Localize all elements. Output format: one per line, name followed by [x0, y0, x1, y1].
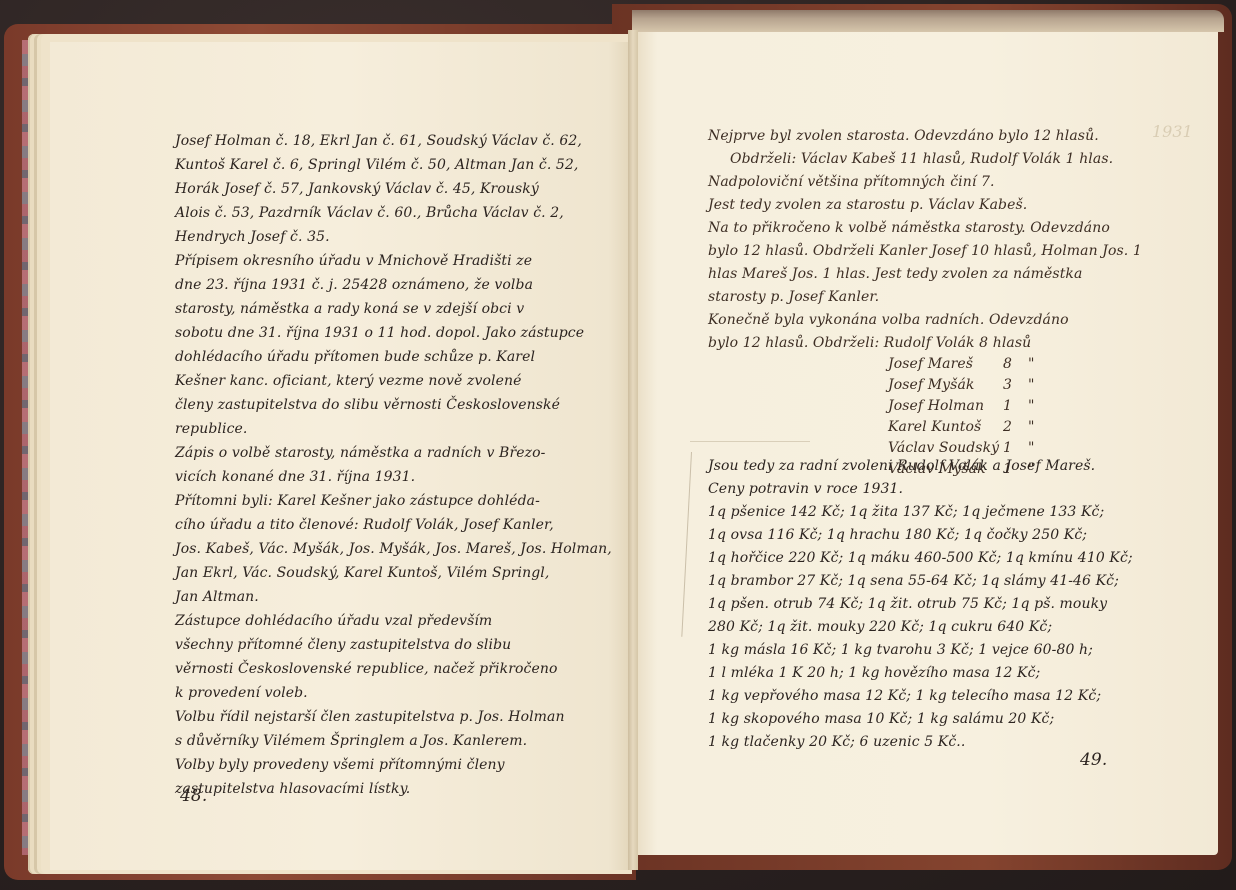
text-line: dohlédacího úřadu přítomen bude schůze p…: [175, 349, 535, 365]
text-line: Přípisem okresního úřadu v Mnichově Hrad…: [175, 253, 532, 269]
ditto-mark: ": [1028, 398, 1035, 414]
text-line: Nadpoloviční většina přítomných činí 7.: [708, 174, 995, 190]
text-line: sobotu dne 31. října 1931 o 11 hod. dopo…: [175, 325, 584, 341]
text-line: Jan Altman.: [175, 589, 259, 605]
text-line: Na to přikročeno k volbě náměstka staros…: [708, 220, 1110, 236]
text-line: cího úřadu a tito členové: Rudolf Volák,…: [175, 517, 554, 533]
text-line: Josef Holman č. 18, Ekrl Jan č. 61, Soud…: [175, 133, 582, 149]
text-line: Horák Josef č. 57, Jankovský Václav č. 4…: [175, 181, 539, 197]
text-line: Hendrych Josef č. 35.: [175, 229, 330, 245]
text-line: republice.: [175, 421, 247, 437]
text-line: dne 23. října 1931 č. j. 25428 oznámeno,…: [175, 277, 533, 293]
right-page-top-edge: [632, 10, 1224, 32]
text-line: Nejprve byl zvolen starosta. Odevzdáno b…: [708, 128, 1099, 144]
text-line: Volby byly provedeny všemi přítomnými čl…: [175, 757, 505, 773]
text-line: s důvěrníky Vilémem Špringlem a Jos. Kan…: [175, 733, 527, 749]
text-line: Zástupce dohlédacího úřadu vzal předevší…: [175, 613, 492, 629]
candidate-votes: 2: [1003, 419, 1012, 435]
candidate-votes: 1: [1003, 440, 1012, 456]
candidate-name: Josef Holman: [888, 398, 984, 414]
text-line: Obdrželi: Václav Kabeš 11 hlasů, Rudolf …: [730, 151, 1113, 167]
section-heading-food-prices: Ceny potravin v roce 1931.: [708, 481, 903, 497]
price-line: 1 l mléka 1 K 20 h; 1 kg hovězího masa 1…: [708, 665, 1040, 681]
candidate-votes: 3: [1003, 377, 1012, 393]
page-number-left: 48.: [180, 786, 207, 806]
text-line: vicích konané dne 31. října 1931.: [175, 469, 415, 485]
candidate-votes: 1: [1003, 398, 1012, 414]
text-line: hlas Mareš Jos. 1 hlas. Jest tedy zvolen…: [708, 266, 1082, 282]
page-number-right: 49.: [1080, 750, 1107, 770]
bleed-through-text: 1931: [1152, 122, 1193, 141]
price-line: 280 Kč; 1q žit. mouky 220 Kč; 1q cukru 6…: [708, 619, 1052, 635]
text-line: starosty p. Josef Kanler.: [708, 289, 879, 305]
text-line: všechny přítomné členy zastupitelstva do…: [175, 637, 511, 653]
price-line: 1 kg skopového masa 10 Kč; 1 kg salámu 2…: [708, 711, 1054, 727]
candidate-name: Josef Myšák: [888, 377, 975, 393]
price-line: 1q ovsa 116 Kč; 1q hrachu 180 Kč; 1q čoč…: [708, 527, 1087, 543]
price-line: 1 kg tlačenky 20 Kč; 6 uzenic 5 Kč..: [708, 734, 965, 750]
text-line: Konečně byla vykonána volba radních. Ode…: [708, 312, 1069, 328]
ditto-mark: ": [1028, 377, 1035, 393]
candidate-votes: 8: [1003, 356, 1012, 372]
candidate-name: Karel Kuntoš: [888, 419, 981, 435]
pencil-line-horizontal: [690, 441, 810, 442]
text-line: Jos. Kabeš, Vác. Myšák, Jos. Myšák, Jos.…: [175, 541, 612, 557]
ditto-mark: ": [1028, 419, 1035, 435]
price-line: 1q brambor 27 Kč; 1q sena 55-64 Kč; 1q s…: [708, 573, 1119, 589]
text-line: Kuntoš Karel č. 6, Springl Vilém č. 50, …: [175, 157, 578, 173]
text-line: bylo 12 hlasů. Obdrželi: Rudolf Volák 8 …: [708, 335, 1031, 351]
text-line: Jsou tedy za radní zvoleni Rudolf Volák …: [708, 458, 1095, 474]
candidate-name: Václav Soudský: [888, 440, 999, 456]
price-line: 1 kg vepřového masa 12 Kč; 1 kg telecího…: [708, 688, 1101, 704]
text-line: starosty, náměstka a rady koná se v zdej…: [175, 301, 524, 317]
candidate-name: Josef Mareš: [888, 356, 973, 372]
text-line: Jan Ekrl, Vác. Soudský, Karel Kuntoš, Vi…: [175, 565, 549, 581]
price-line: 1q hořčice 220 Kč; 1q máku 460-500 Kč; 1…: [708, 550, 1133, 566]
text-line: Jest tedy zvolen za starostu p. Václav K…: [708, 197, 1027, 213]
ditto-mark: ": [1028, 356, 1035, 372]
book-gutter: [628, 30, 638, 870]
text-line: Alois č. 53, Pazdrník Václav č. 60., Brů…: [175, 205, 564, 221]
text-line: k provedení voleb.: [175, 685, 308, 701]
text-line: věrnosti Československé republice, načež…: [175, 661, 558, 677]
text-line: bylo 12 hlasů. Obdrželi Kanler Josef 10 …: [708, 243, 1142, 259]
text-line: Přítomni byli: Karel Kešner jako zástupc…: [175, 493, 540, 509]
price-line: 1q pšen. otrub 74 Kč; 1q žit. otrub 75 K…: [708, 596, 1107, 612]
text-line: členy zastupitelstva do slibu věrnosti Č…: [175, 397, 560, 413]
text-line: zastupitelstva hlasovacími lístky.: [175, 781, 410, 797]
text-line: Zápis o volbě starosty, náměstka a radní…: [175, 445, 545, 461]
ditto-mark: ": [1028, 440, 1035, 456]
text-line: Kešner kanc. oficiant, který vezme nově …: [175, 373, 521, 389]
text-line: Volbu řídil nejstarší člen zastupitelstv…: [175, 709, 565, 725]
price-line: 1 kg másla 16 Kč; 1 kg tvarohu 3 Kč; 1 v…: [708, 642, 1093, 658]
price-line: 1q pšenice 142 Kč; 1q žita 137 Kč; 1q je…: [708, 504, 1104, 520]
